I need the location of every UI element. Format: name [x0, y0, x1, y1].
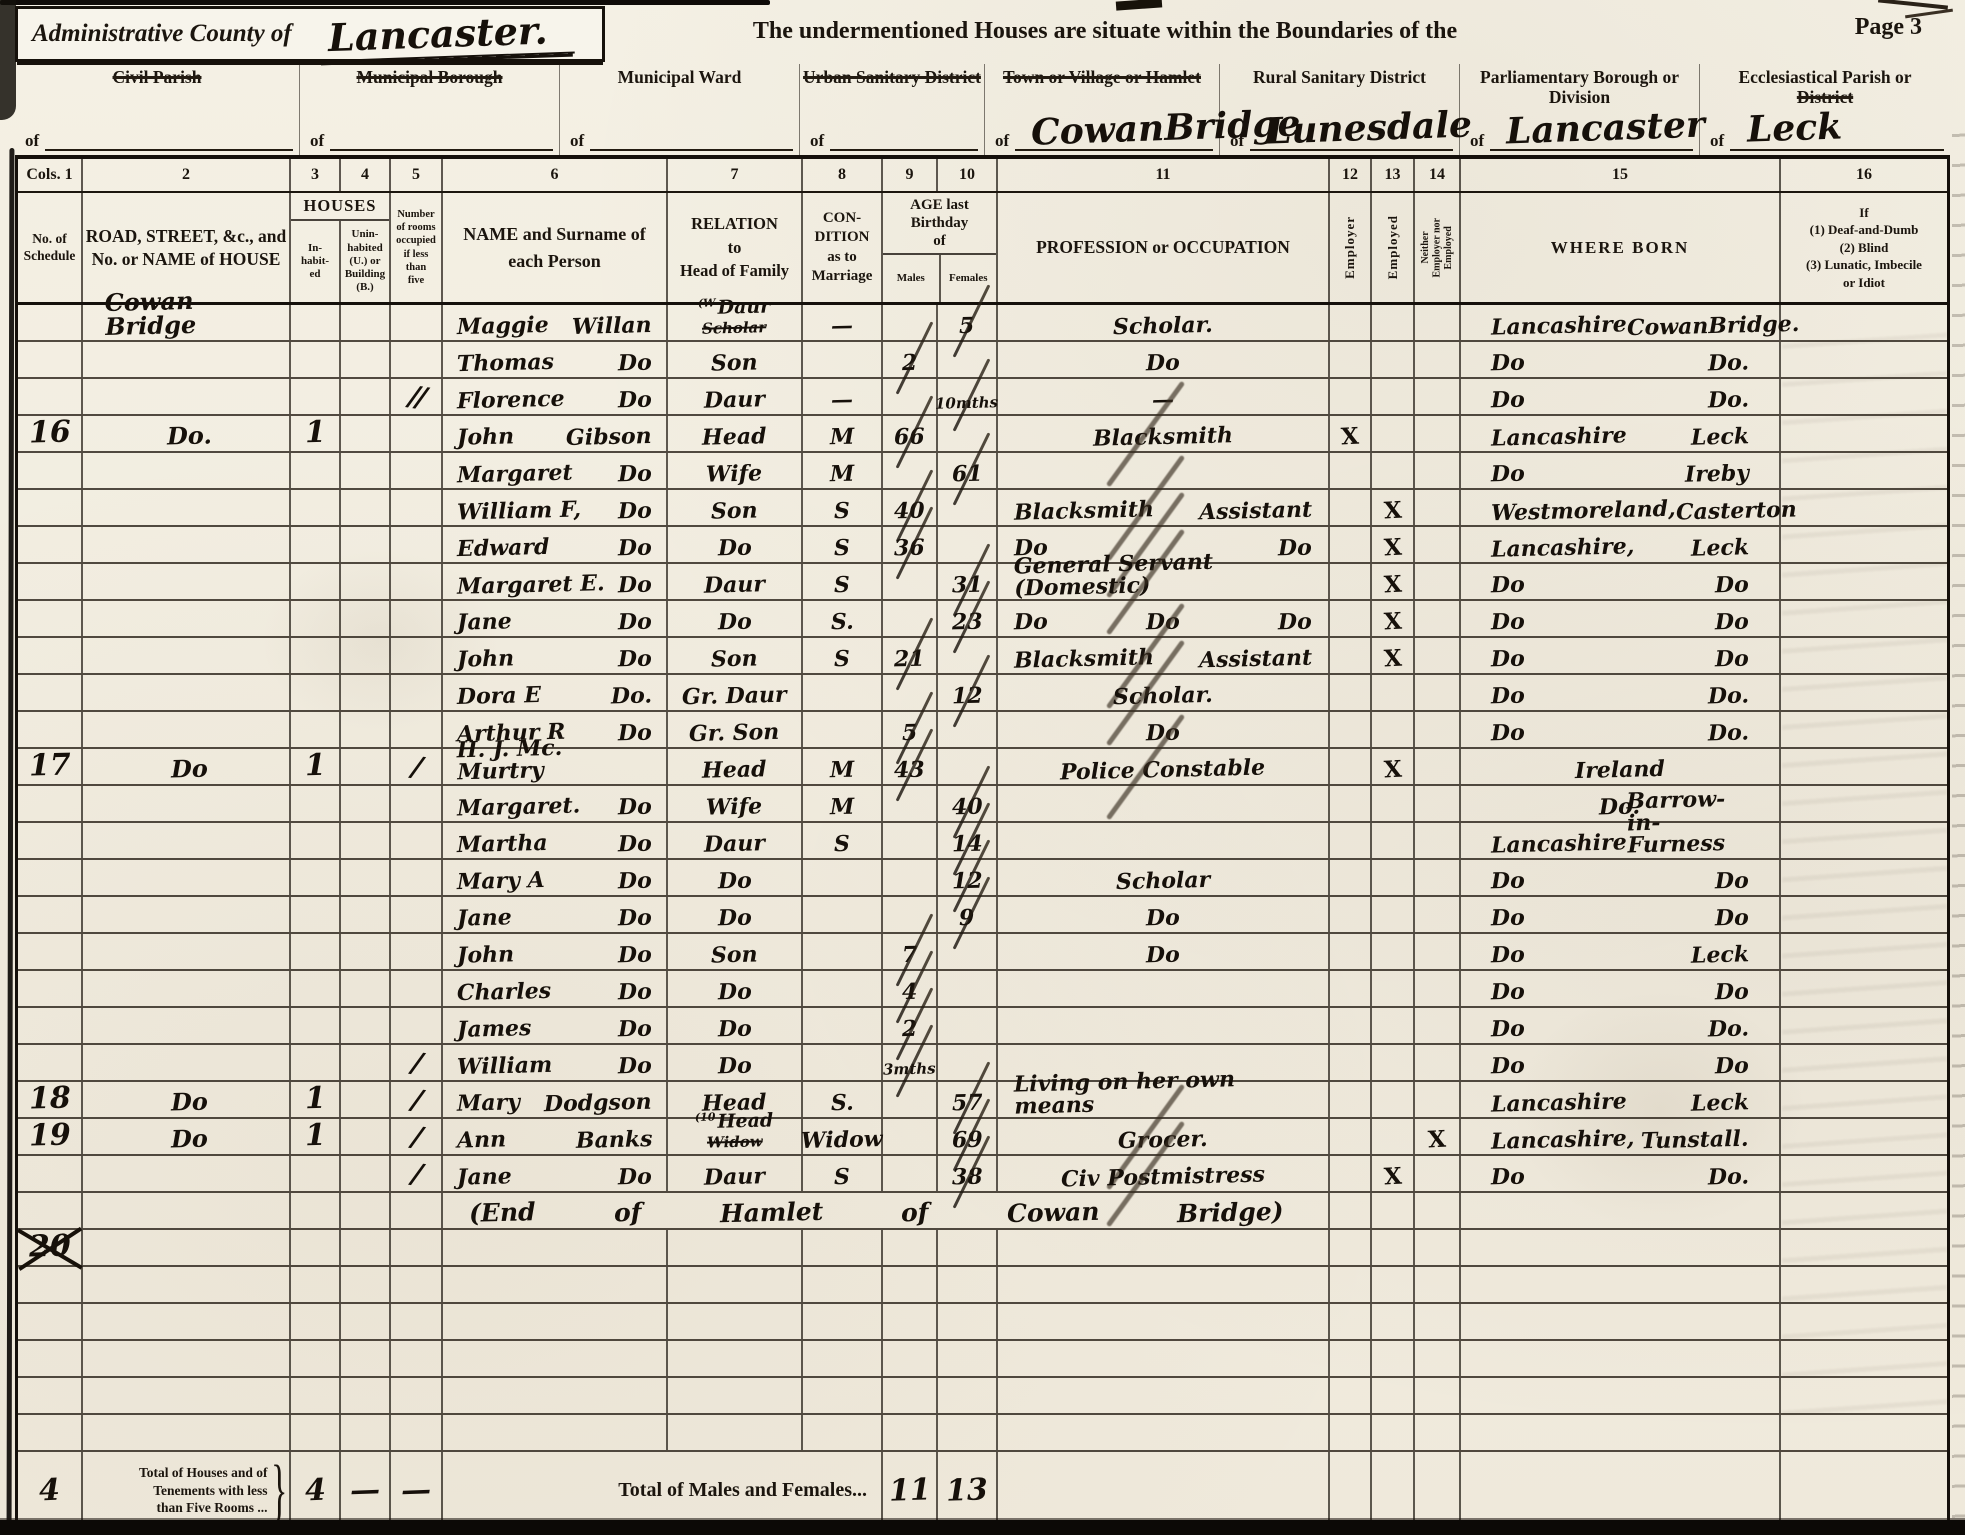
cell-employed [1372, 1193, 1415, 1228]
cell-empty [668, 1304, 803, 1339]
table-row: //FlorenceDoDaur—10mths—DoDo. [18, 379, 1947, 416]
cell-employed [1372, 860, 1415, 895]
cell-empty [998, 1267, 1330, 1302]
cell-empty [938, 1267, 998, 1302]
cell-condition: S [803, 638, 883, 673]
cell-where-born: DoIreby [1461, 453, 1781, 488]
cell-empty [1415, 1304, 1461, 1339]
cell-condition [803, 342, 883, 377]
handwritten-entry: Do [170, 757, 207, 782]
cell-age-female: 23 [938, 601, 998, 636]
cell-empty [1415, 1341, 1461, 1376]
handwritten-entry: Daur [704, 832, 765, 855]
cell-where-born: LancashireBarrow-in-Furness [1461, 823, 1781, 858]
handwritten-entry: of [901, 1200, 929, 1226]
cell-age-female [938, 416, 998, 451]
cell-inhabited: 1 [291, 1082, 341, 1117]
cell-empty [1372, 1378, 1415, 1413]
cell-neither: X [1415, 1119, 1461, 1154]
cell-relation: Do [668, 1045, 803, 1080]
cell-empty [1330, 1415, 1372, 1450]
cell-empty [18, 1378, 83, 1413]
cell-where-born: LancashireCowanBridge. [1461, 305, 1781, 340]
cell-rooms-mark [391, 1230, 443, 1265]
handwritten-entry: 10mths [935, 395, 998, 412]
cell-empty [443, 1415, 668, 1450]
handwritten-entry: Do [1491, 463, 1525, 486]
handwritten-entry: CowanBridge. [1626, 313, 1799, 339]
cell-rooms-mark: / [391, 749, 443, 784]
cell-profession [998, 971, 1330, 1006]
census-table: Cols. 12345678910111213141516 No. of Sch… [15, 155, 1950, 1532]
table-row: William F,DoSonS40BlacksmithAssistantXWe… [18, 490, 1947, 527]
cell-empty [803, 1415, 883, 1450]
cell-profession: Do [998, 712, 1330, 747]
handwritten-entry: 36 [894, 537, 925, 560]
cell-rooms-mark: / [391, 1156, 443, 1191]
handwritten-entry: Do [618, 981, 652, 1004]
handwritten-entry: Gibson [566, 425, 652, 449]
cell-road: Do [83, 1082, 291, 1117]
boundary-of-line: ofLeck [1700, 125, 1950, 155]
cell-neither [1415, 712, 1461, 747]
boundary-title: Urban Sanitary District [800, 67, 984, 87]
header-infirmities: If (1) Deaf-and-Dumb (2) Blind (3) Lunat… [1781, 193, 1947, 302]
handwritten-entry: 1 [304, 1121, 326, 1152]
cell-condition [803, 934, 883, 969]
boundary-title: Town or Village or Hamlet [985, 67, 1219, 87]
table-row: 20 [18, 1230, 1947, 1267]
cell-age-female [938, 490, 998, 525]
cell-empty [18, 1267, 83, 1302]
cell-inhabited [291, 490, 341, 525]
handwritten-entry: Do [717, 1055, 751, 1078]
handwritten-entry: Leck [1691, 536, 1750, 559]
relation-overwrite: (WDaur [698, 296, 771, 318]
table-row: Margaret E.DoDaurS31General Servant (Dom… [18, 564, 1947, 601]
cell-empty [341, 1378, 391, 1413]
handwritten-entry: Ann [457, 1128, 507, 1151]
cell-where-born: LancashireLeck [1461, 1082, 1781, 1117]
cell-name: MaryDodgson [443, 1082, 668, 1117]
cell-condition: S [803, 823, 883, 858]
handwritten-entry: / [410, 753, 422, 782]
cell-uninhabited [341, 749, 391, 784]
table-header-numbers: Cols. 12345678910111213141516 [18, 159, 1947, 193]
cell-rooms-mark [391, 564, 443, 599]
boundary-value-line [45, 125, 293, 151]
handwritten-entry: S [834, 1166, 850, 1188]
handwritten-entry: Do. [1708, 722, 1750, 745]
cell-schedule [18, 712, 83, 747]
cell-uninhabited [341, 823, 391, 858]
cell-employer [1330, 453, 1372, 488]
cell-employed [1372, 786, 1415, 821]
cell-rooms-mark [391, 934, 443, 969]
cell-profession: BlacksmithAssistant [998, 638, 1330, 673]
table-row: Dora EDo.Gr. Daur12Scholar.DoDo. [18, 675, 1947, 712]
handwritten-entry: Do [1491, 981, 1525, 1004]
cell-where-born: Ireland [1461, 749, 1781, 784]
handwritten-entry: Gr. Son [689, 721, 780, 745]
cell-age-male [883, 453, 938, 488]
handwritten-entry: Do [618, 463, 652, 486]
header-col-number: 9 [883, 159, 938, 191]
handwritten-entry: Do [1715, 611, 1749, 634]
handwritten-entry: John [457, 647, 515, 670]
cell-name: H. J. Mc. Murtry [443, 749, 668, 784]
handwritten-entry: General Servant (Domestic) [1014, 548, 1313, 599]
cell-rooms-mark [391, 786, 443, 821]
cell-profession: Scholar. [998, 305, 1330, 340]
cell-condition: M [803, 416, 883, 451]
cell-schedule [18, 379, 83, 414]
page-number: Page 3 [1855, 14, 1922, 41]
handwritten-entry: Do [717, 981, 751, 1004]
cell-empty [883, 1415, 938, 1450]
cell-employed [1372, 675, 1415, 710]
boundary-value-line: Leck [1730, 125, 1944, 151]
header-col-number: 15 [1461, 159, 1781, 191]
cell-neither [1415, 601, 1461, 636]
cell-name: CharlesDo [443, 971, 668, 1006]
handwritten-entry: 14 [951, 833, 982, 856]
cell-profession: General Servant (Domestic) [998, 564, 1330, 599]
cell-infirmities [1781, 749, 1947, 784]
header-col-number: 16 [1781, 159, 1947, 191]
cell-empty [1372, 1341, 1415, 1376]
cell-empty [1781, 1267, 1947, 1302]
cell-rooms-mark [391, 971, 443, 1006]
handwritten-entry: of [614, 1200, 642, 1226]
cell-age-female [938, 749, 998, 784]
cell-neither [1415, 453, 1461, 488]
of-label: of [570, 131, 584, 151]
cell-empty [391, 1304, 443, 1339]
handwritten-entry: Mary A [457, 869, 545, 893]
cell-profession: Blacksmith [998, 416, 1330, 451]
cell-employed: X [1372, 749, 1415, 784]
cell-inhabited [291, 638, 341, 673]
cell-empty [1372, 1304, 1415, 1339]
cell-employer [1330, 490, 1372, 525]
cell-neither [1415, 897, 1461, 932]
cell-empty [291, 1341, 341, 1376]
table-row: Arthur RDoGr. Son5DoDoDo. [18, 712, 1947, 749]
cell-schedule: 18 [18, 1082, 83, 1117]
cell-schedule [18, 527, 83, 562]
cell-empty [18, 1304, 83, 1339]
cell-empty [341, 1415, 391, 1450]
boundary-column: Civil Parishof [15, 64, 300, 155]
table-row-blank [18, 1341, 1947, 1378]
cell-infirmities [1781, 897, 1947, 932]
cell-condition: S. [803, 1082, 883, 1117]
header-profession: PROFESSION or OCCUPATION [998, 193, 1330, 302]
cell-condition [803, 897, 883, 932]
cell-empty [668, 1415, 803, 1450]
handwritten-entry: Do [1491, 389, 1525, 412]
cell-name: Dora EDo. [443, 675, 668, 710]
cell-empty [1461, 1415, 1781, 1450]
cell-employed: X [1372, 564, 1415, 599]
handwritten-entry: Lancashire [1491, 313, 1627, 338]
table-row: ThomasDoSon2DoDoDo. [18, 342, 1947, 379]
admin-county-value-handwritten: Lancaster. [317, 6, 574, 62]
cell-empty [883, 1267, 938, 1302]
header-condition: CON- DITION as to Marriage [803, 193, 883, 302]
cell-inhabited: 1 [291, 416, 341, 451]
cell-inhabited [291, 823, 341, 858]
cell-age-female: 40 [938, 786, 998, 821]
cell-age-male: 40 [883, 490, 938, 525]
table-row: /JaneDoDaurS38Civ PostmistressXDoDo. [18, 1156, 1947, 1193]
cell-age-male [883, 379, 938, 414]
cell-empty [443, 1378, 668, 1413]
cell-empty [938, 1304, 998, 1339]
table-row: JaneDoDo9DoDoDo [18, 897, 1947, 934]
cell-empty [803, 1341, 883, 1376]
cell-relation: Gr. Son [668, 712, 803, 747]
handwritten-entry: Do [1491, 722, 1525, 745]
handwritten-entry: Wife [706, 462, 763, 485]
boundary-column: Parliamentary Borough orDivisionofLancas… [1460, 64, 1700, 155]
cell-age-female [938, 1008, 998, 1043]
cell-empty [1781, 1341, 1947, 1376]
cell-empty [938, 1378, 998, 1413]
cell-empty [1781, 1378, 1947, 1413]
cell-profession: BlacksmithAssistant [998, 490, 1330, 525]
cell-condition: M [803, 749, 883, 784]
boundary-strip: Civil ParishofMunicipal BoroughofMunicip… [15, 64, 1950, 155]
cell-where-born: DoDo [1461, 601, 1781, 636]
header-col-number: 4 [341, 159, 391, 191]
cell-empty [883, 1378, 938, 1413]
handwritten-entry: Daur [704, 573, 765, 596]
cell-profession: Police Constable [998, 749, 1330, 784]
cell-age-male: 5 [883, 712, 938, 747]
cell-condition [803, 675, 883, 710]
cell-where-born: DoDo [1461, 638, 1781, 673]
cell-inhabited: 1 [291, 749, 341, 784]
cell-age-male: 66 [883, 416, 938, 451]
header-houses: HOUSES In- habit- ed Unin- habited (U.) … [291, 193, 391, 302]
handwritten-entry: Daur [704, 388, 765, 411]
handwritten-entry: Son [711, 499, 758, 522]
handwritten-entry: Do [1491, 1018, 1525, 1041]
cell-neither [1415, 934, 1461, 969]
cell-name: JaneDo [443, 601, 668, 636]
handwritten-entry: — [831, 315, 854, 338]
handwritten-entry: Civ Postmistress [1061, 1164, 1266, 1191]
cell-schedule [18, 638, 83, 673]
handwritten-entry: Jane [457, 906, 512, 929]
cell-empty [938, 1415, 998, 1450]
handwritten-entry: 5 [902, 722, 918, 744]
handwritten-entry: 1 [304, 751, 326, 782]
cell-infirmities [1781, 601, 1947, 636]
cell-age-male: 21 [883, 638, 938, 673]
handwritten-entry: Do. [1708, 1018, 1750, 1041]
cell-employer [1330, 786, 1372, 821]
cell-empty [341, 1267, 391, 1302]
cell-schedule [18, 823, 83, 858]
cell-employer [1330, 379, 1372, 414]
cell-empty [803, 1267, 883, 1302]
handwritten-entry: Mary [457, 1091, 521, 1115]
cell-inhabited: 1 [291, 1119, 341, 1154]
cell-condition: M [803, 453, 883, 488]
cell-age-female: 61 [938, 453, 998, 488]
handwritten-entry: Lancashire [1491, 831, 1627, 856]
cell-empty [938, 1341, 998, 1376]
cell-neither [1415, 971, 1461, 1006]
handwritten-entry: Dodgson [544, 1091, 652, 1116]
cell-schedule [18, 1156, 83, 1191]
cell-relation: Daur [668, 379, 803, 414]
cell-name: Margaret.Do [443, 786, 668, 821]
cell-empty [391, 1415, 443, 1450]
handwritten-entry: Widow [801, 1128, 883, 1152]
boundary-title-line: Rural Sanitary District [1220, 67, 1459, 87]
handwritten-entry: H. J. Mc. Murtry [456, 735, 652, 784]
cell-uninhabited [341, 527, 391, 562]
cell-rooms-mark [391, 675, 443, 710]
cell-profession: Living on her own means [998, 1082, 1330, 1117]
cell-empty [998, 1341, 1330, 1376]
cell-age-male [883, 860, 938, 895]
handwritten-entry: Do. [1708, 685, 1750, 708]
cell-inhabited [291, 342, 341, 377]
handwritten-entry: X [1383, 647, 1402, 671]
handwritten-entry: Do [717, 611, 751, 634]
cell-empty [291, 1304, 341, 1339]
handwritten-entry: Head [702, 425, 767, 449]
cell-neither [1415, 527, 1461, 562]
table-row-blank [18, 1378, 1947, 1415]
cell-age-female [938, 934, 998, 969]
cell-name [443, 1230, 668, 1265]
boundary-value-handwritten: Leck [1747, 105, 1844, 150]
cell-empty [1461, 1267, 1781, 1302]
handwritten-entry: 40 [894, 500, 925, 523]
cell-inhabited [291, 897, 341, 932]
handwritten-entry: Do [1491, 352, 1525, 375]
handwritten-entry: M [830, 426, 855, 449]
cell-neither [1415, 1156, 1461, 1191]
header-schedule: No. of Schedule [18, 193, 83, 302]
handwritten-entry: 43 [894, 759, 925, 782]
boundary-of-line: ofLancaster [1460, 125, 1699, 155]
cell-neither [1415, 638, 1461, 673]
header-col-number: Cols. 1 [18, 159, 83, 191]
cell-empty [1330, 1378, 1372, 1413]
boundary-of-line: of [15, 125, 299, 155]
header-houses-title: HOUSES [291, 193, 389, 221]
cell-road [83, 490, 291, 525]
handwritten-entry: Scholar. [1113, 684, 1213, 708]
cell-infirmities [1781, 379, 1947, 414]
cell-condition [803, 1045, 883, 1080]
cell-schedule [18, 453, 83, 488]
handwritten-entry: Margaret. [457, 794, 581, 819]
handwritten-entry: Do [1491, 611, 1525, 634]
cell-name: Mary ADo [443, 860, 668, 895]
cell-name: ThomasDo [443, 342, 668, 377]
cell-age-female [938, 1045, 998, 1080]
cell-empty [1372, 1267, 1415, 1302]
handwritten-entry: Do [1146, 611, 1180, 634]
cell-schedule: 20 [18, 1230, 83, 1265]
cell-employed [1372, 1082, 1415, 1117]
cell-rooms-mark [391, 638, 443, 673]
cell-uninhabited [341, 490, 391, 525]
handwritten-entry: Do [1146, 907, 1180, 930]
cell-age-female: 57 [938, 1082, 998, 1117]
cell-name: JaneDo [443, 1156, 668, 1191]
relation-superscript: (10 [695, 1110, 716, 1123]
table-row: 19Do1/AnnBanks(10HeadWidowWidow69Grocer.… [18, 1119, 1947, 1156]
cell-schedule [18, 1193, 83, 1228]
cell-employed [1372, 416, 1415, 451]
cell-empty [883, 1304, 938, 1339]
cell-employed [1372, 712, 1415, 747]
table-row: EdwardDoDoS36DoDoXLancashire,Leck [18, 527, 1947, 564]
handwritten-entry: Do [1491, 907, 1525, 930]
cell-age-female: 5 [938, 305, 998, 340]
cell-empty [1781, 1304, 1947, 1339]
cell-neither [1415, 416, 1461, 451]
cell-relation: Head [668, 749, 803, 784]
boundary-title-line: Municipal Ward [560, 67, 799, 87]
cell-name: MaggieWillan [443, 305, 668, 340]
handwritten-entry: Charles [457, 980, 552, 1004]
header-col-number: 14 [1415, 159, 1461, 191]
cell-name: JohnDo [443, 638, 668, 673]
handwritten-entry: Blacksmith [1093, 424, 1234, 449]
cell-empty [998, 1415, 1330, 1450]
handwritten-entry: Do [1146, 944, 1180, 967]
cell-road [83, 1156, 291, 1191]
cell-profession: DoDoDo [998, 601, 1330, 636]
handwritten-entry: Westmoreland, [1491, 498, 1676, 525]
handwritten-entry: Leck [1691, 425, 1750, 448]
handwritten-entry: 69 [951, 1129, 982, 1152]
boundary-title: Civil Parish [15, 67, 299, 87]
handwritten-entry: Do [717, 870, 751, 893]
handwritten-entry: S. [830, 611, 853, 634]
cell-empty [998, 1378, 1330, 1413]
cell-relation: Do [668, 971, 803, 1006]
boundary-of-line: ofCowanBridge [985, 125, 1219, 155]
cell-employed [1372, 453, 1415, 488]
cell-relation: Wife [668, 453, 803, 488]
handwritten-entry: Do [1715, 907, 1749, 930]
cell-infirmities [1781, 823, 1947, 858]
cell-relation: Son [668, 638, 803, 673]
cell-condition: M [803, 786, 883, 821]
cell-inhabited [291, 601, 341, 636]
cell-profession [998, 786, 1330, 821]
cell-schedule [18, 601, 83, 636]
boundary-of-line: of [300, 125, 559, 155]
cell-employer [1330, 1082, 1372, 1117]
cell-uninhabited [341, 564, 391, 599]
cell-schedule [18, 860, 83, 895]
cell-age-male [883, 823, 938, 858]
handwritten-entry: Margaret E. [457, 572, 605, 598]
cell-relation: Son [668, 490, 803, 525]
